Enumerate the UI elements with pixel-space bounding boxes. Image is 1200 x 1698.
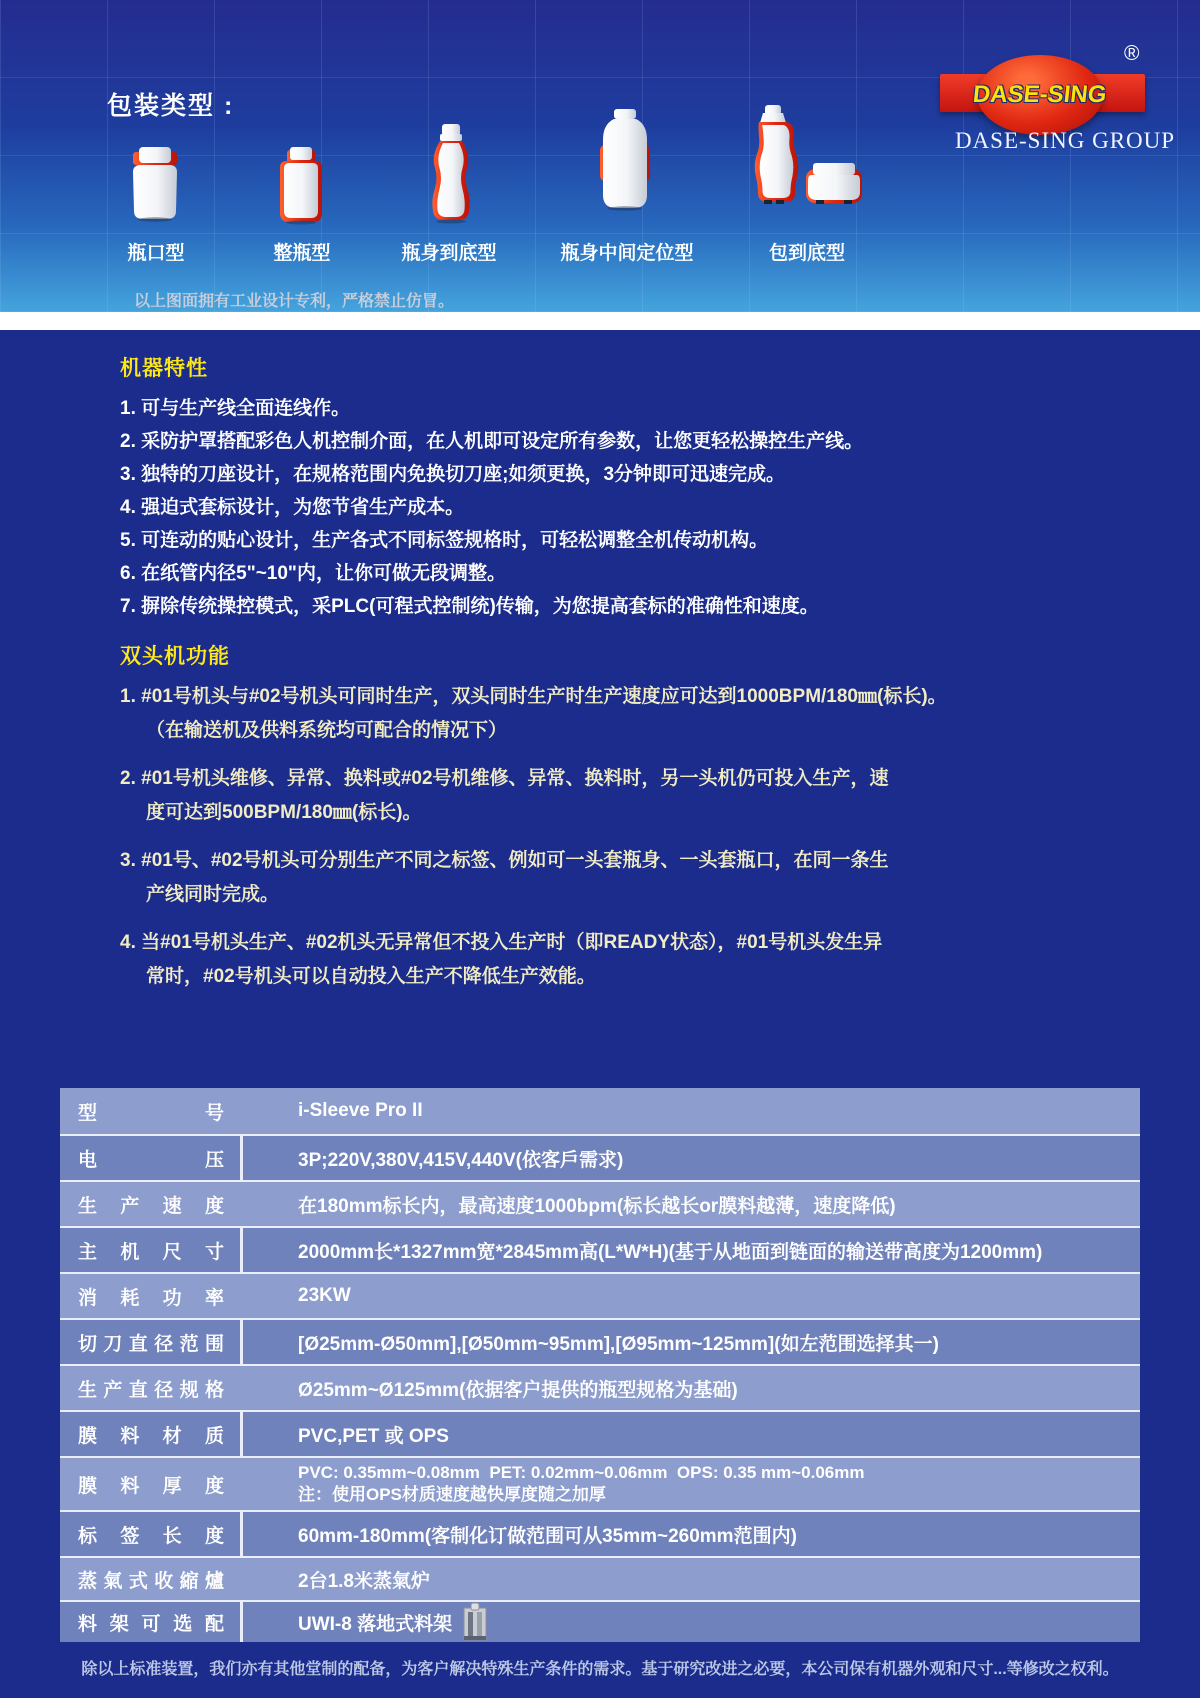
brand-logo: DASE-SING bbox=[977, 55, 1103, 135]
packaging-types-title: 包装类型 : bbox=[107, 86, 234, 122]
bottle-label-mouth-type: 瓶口型 bbox=[127, 238, 184, 265]
spec-row-film-material: 膜料材质 PVC,PET 或 OPS bbox=[60, 1410, 1140, 1456]
spec-value: UWI-8 落地式料架 bbox=[240, 1602, 1140, 1642]
spec-row-film-thickness: 膜料厚度 PVC: 0.35mm~0.08mm PET: 0.02mm~0.06… bbox=[60, 1456, 1140, 1510]
feature-item: 7. 摒除传统操控模式，采PLC(可程式控制统)传输，为您提高套标的准确性和速度… bbox=[120, 590, 1140, 623]
bottle-body-to-bottom-illustration bbox=[427, 124, 475, 224]
spec-label: 料架可选配 bbox=[78, 1609, 224, 1636]
spec-row-steam-shrink-tunnel: 蒸氣式收縮爐 2台1.8米蒸氣炉 bbox=[60, 1556, 1140, 1600]
feature-item: 2. 采防护罩搭配彩色人机控制介面，在人机即可设定所有参数，让您更轻松操控生产线… bbox=[120, 425, 1140, 458]
packaging-types-banner: 包装类型 : bbox=[0, 0, 1200, 312]
spec-row-voltage: 电压 3P;220V,380V,415V,440V(依客戶需求) bbox=[60, 1134, 1140, 1180]
spec-table: 型号 i-Sleeve Pro II 电压 3P;220V,380V,415V,… bbox=[60, 1088, 1140, 1642]
spec-row-machine-size: 主机尺寸 2000mm长*1327mm宽*2845mm高(L*W*H)(基于从地… bbox=[60, 1226, 1140, 1272]
spec-row-production-speed: 生产速度 在180mm标长内，最高速度1000bpm(标长越长or膜料越薄，速度… bbox=[60, 1180, 1140, 1226]
dual-head-item: 1. #01号机头与#02号机头可同时生产，双头同时生产时生产速度应可达到100… bbox=[120, 680, 1150, 748]
dual-head-item: 2. #01号机头维修、异常、换料或#02号机维修、异常、换料时，另一头机仍可投… bbox=[120, 762, 1150, 830]
spec-row-power-consumption: 消耗功率 23KW bbox=[60, 1272, 1140, 1318]
spec-value: 2000mm长*1327mm宽*2845mm高(L*W*H)(基于从地面到链面的… bbox=[240, 1228, 1140, 1272]
spec-row-cutter-diameter-range: 切刀直径范围 [Ø25mm-Ø50mm],[Ø50mm~95mm],[Ø95mm… bbox=[60, 1318, 1140, 1364]
feature-item: 6. 在纸管内径5"~10"内，让你可做无段调整。 bbox=[120, 557, 1140, 590]
spec-label: 型号 bbox=[78, 1098, 224, 1125]
feature-item: 4. 强迫式套标设计，为您节省生产成本。 bbox=[120, 491, 1140, 524]
bottle-label-whole-type: 整瓶型 bbox=[273, 238, 330, 265]
bottle-wrap-to-bottom-illustration bbox=[750, 105, 868, 209]
machine-features-section: 机器特性 1. 可与生产线全面连线作。 2. 采防护罩搭配彩色人机控制介面，在人… bbox=[120, 352, 1140, 623]
spec-value: Ø25mm~Ø125mm(依据客户提供的瓶型规格为基础) bbox=[240, 1366, 1140, 1410]
spec-value: [Ø25mm-Ø50mm],[Ø50mm~95mm],[Ø95mm~125mm]… bbox=[240, 1320, 1140, 1364]
registered-trademark-mark: ® bbox=[1124, 42, 1139, 66]
feature-item: 3. 独特的刀座设计，在规格范围内免换切刀座;如须更换，3分钟即可迅速完成。 bbox=[120, 458, 1140, 491]
spec-value: 23KW bbox=[240, 1274, 1140, 1318]
spec-value: i-Sleeve Pro II bbox=[240, 1088, 1140, 1134]
spec-value: PVC,PET 或 OPS bbox=[240, 1412, 1140, 1456]
spec-label: 膜料厚度 bbox=[78, 1471, 224, 1498]
white-divider-strip bbox=[0, 312, 1200, 330]
main-content: 机器特性 1. 可与生产线全面连线作。 2. 采防护罩搭配彩色人机控制介面，在人… bbox=[0, 330, 1200, 1698]
spec-label: 电压 bbox=[78, 1145, 224, 1172]
footer-disclaimer: 除以上标准装置，我们亦有其他堂制的配备，为客户解决特殊生产条件的需求。基于研究改… bbox=[50, 1656, 1150, 1679]
spec-value: PVC: 0.35mm~0.08mm PET: 0.02mm~0.06mm OP… bbox=[240, 1458, 1140, 1510]
dual-head-functions-section: 双头机功能 1. #01号机头与#02号机头可同时生产，双头同时生产时生产速度应… bbox=[120, 640, 1150, 1008]
spec-label: 切刀直径范围 bbox=[78, 1329, 224, 1356]
bottle-whole-type-illustration bbox=[278, 147, 324, 225]
feature-item: 1. 可与生产线全面连线作。 bbox=[120, 392, 1140, 425]
spec-label: 主机尺寸 bbox=[78, 1237, 224, 1264]
spec-row-label-length: 标签长度 60mm-180mm(客制化订做范围可从35mm~260mm范围内) bbox=[60, 1510, 1140, 1556]
spec-label: 标签长度 bbox=[78, 1521, 224, 1548]
spec-label: 膜料材质 bbox=[78, 1421, 224, 1448]
bottle-middle-position-illustration bbox=[598, 109, 652, 211]
spec-label: 生产速度 bbox=[78, 1191, 224, 1218]
floor-rack-image bbox=[462, 1602, 488, 1642]
feature-item: 5. 可连动的贴心设计，生产各式不同标签规格时，可轻松调整全机传动机构。 bbox=[120, 524, 1140, 557]
spec-row-production-diameter: 生产直径规格 Ø25mm~Ø125mm(依据客户提供的瓶型规格为基础) bbox=[60, 1364, 1140, 1410]
spec-row-rack-option: 料架可选配 UWI-8 落地式料架 bbox=[60, 1600, 1140, 1642]
spec-label: 生产直径规格 bbox=[78, 1375, 224, 1402]
dual-head-item: 4. 当#01号机头生产、#02机头无异常但不投入生产时（即READY状态），#… bbox=[120, 926, 1150, 994]
bottle-label-body-to-bottom: 瓶身到底型 bbox=[401, 238, 496, 265]
brand-name: DASE-SING bbox=[972, 81, 1108, 109]
dual-head-functions-title: 双头机功能 bbox=[120, 640, 1150, 670]
group-name: DASE-SING GROUP bbox=[940, 128, 1190, 154]
spec-label: 蒸氣式收縮爐 bbox=[78, 1566, 224, 1593]
spec-label: 消耗功率 bbox=[78, 1283, 224, 1310]
bottle-label-middle-position: 瓶身中间定位型 bbox=[560, 238, 693, 265]
spec-value: 3P;220V,380V,415V,440V(依客戶需求) bbox=[240, 1136, 1140, 1180]
machine-features-list: 1. 可与生产线全面连线作。 2. 采防护罩搭配彩色人机控制介面，在人机即可设定… bbox=[120, 392, 1140, 623]
spec-row-model: 型号 i-Sleeve Pro II bbox=[60, 1088, 1140, 1134]
brochure-page: 包装类型 : bbox=[0, 0, 1200, 1698]
bottle-mouth-type-illustration bbox=[128, 145, 182, 223]
spec-value: 60mm-180mm(客制化订做范围可从35mm~260mm范围内) bbox=[240, 1512, 1140, 1556]
dual-head-item: 3. #01号、#02号机头可分别生产不同之标签、例如可一头套瓶身、一头套瓶口，… bbox=[120, 844, 1150, 912]
spec-value: 2台1.8米蒸氣炉 bbox=[240, 1558, 1140, 1600]
bottle-label-wrap-to-bottom: 包到底型 bbox=[769, 238, 845, 265]
patent-note: 以上图面拥有工业设计专利，严格禁止仿冒。 bbox=[134, 288, 454, 311]
spec-value: 在180mm标长内，最高速度1000bpm(标长越长or膜料越薄，速度降低) bbox=[240, 1182, 1140, 1226]
machine-features-title: 机器特性 bbox=[120, 352, 1140, 382]
